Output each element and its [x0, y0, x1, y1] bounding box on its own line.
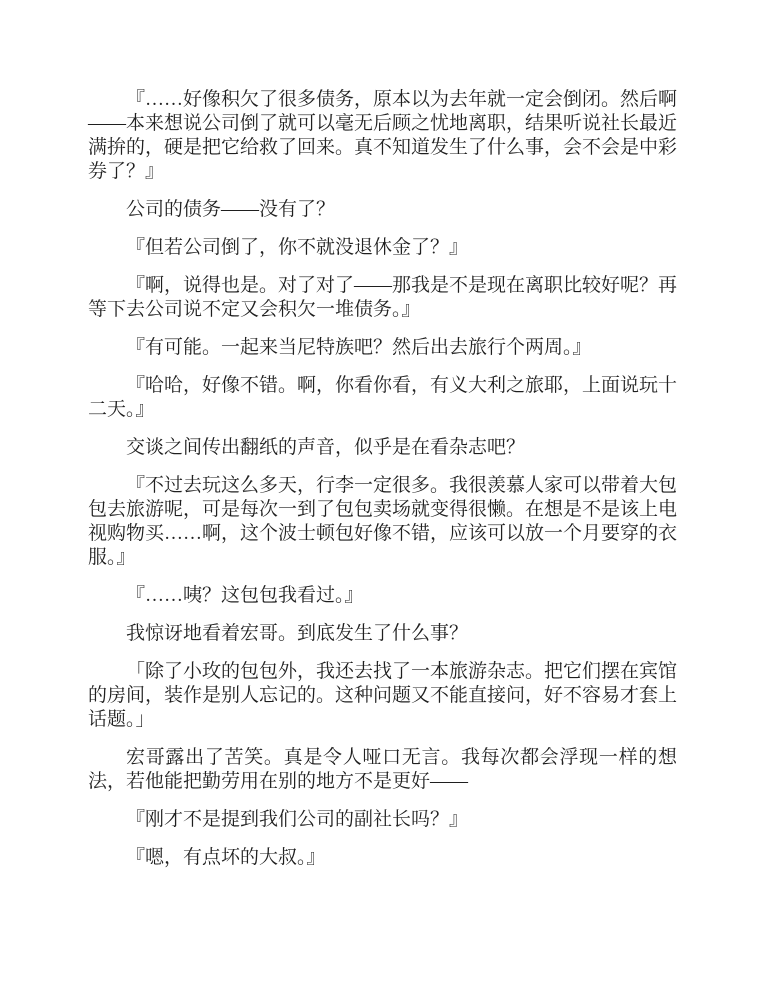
paragraph: 『不过去玩这么多天，行李一定很多。我很羡慕人家可以带着大包包去旅游呢，可是每次一… [88, 474, 677, 570]
paragraph: 『刚才不是提到我们公司的副社长吗？』 [88, 808, 677, 832]
document-page: 『……好像积欠了很多债务，原本以为去年就一定会倒闭。然后啊——本来想说公司倒了就… [0, 0, 765, 990]
paragraph: 『嗯，有点坏的大叔。』 [88, 846, 677, 870]
paragraph: 『……咦？这包包我看过。』 [88, 584, 677, 608]
paragraph: 『啊，说得也是。对了对了——那我是不是现在离职比较好呢？再等下去公司说不定又会积… [88, 274, 677, 322]
paragraph: 宏哥露出了苦笑。真是令人哑口无言。我每次都会浮现一样的想法，若他能把勤劳用在别的… [88, 746, 677, 794]
paragraph: 『……好像积欠了很多债务，原本以为去年就一定会倒闭。然后啊——本来想说公司倒了就… [88, 88, 677, 184]
paragraph: 公司的债务——没有了？ [88, 198, 677, 222]
paragraph: 「除了小玫的包包外，我还去找了一本旅游杂志。把它们摆在宾馆的房间，装作是别人忘记… [88, 660, 677, 732]
paragraph: 『有可能。一起来当尼特族吧？然后出去旅行个两周。』 [88, 336, 677, 360]
paragraph: 我惊讶地看着宏哥。到底发生了什么事？ [88, 622, 677, 646]
paragraph: 『哈哈，好像不错。啊，你看你看，有义大利之旅耶，上面说玩十二天。』 [88, 374, 677, 422]
paragraph: 『但若公司倒了，你不就没退休金了？』 [88, 236, 677, 260]
paragraph: 交谈之间传出翻纸的声音，似乎是在看杂志吧？ [88, 436, 677, 460]
